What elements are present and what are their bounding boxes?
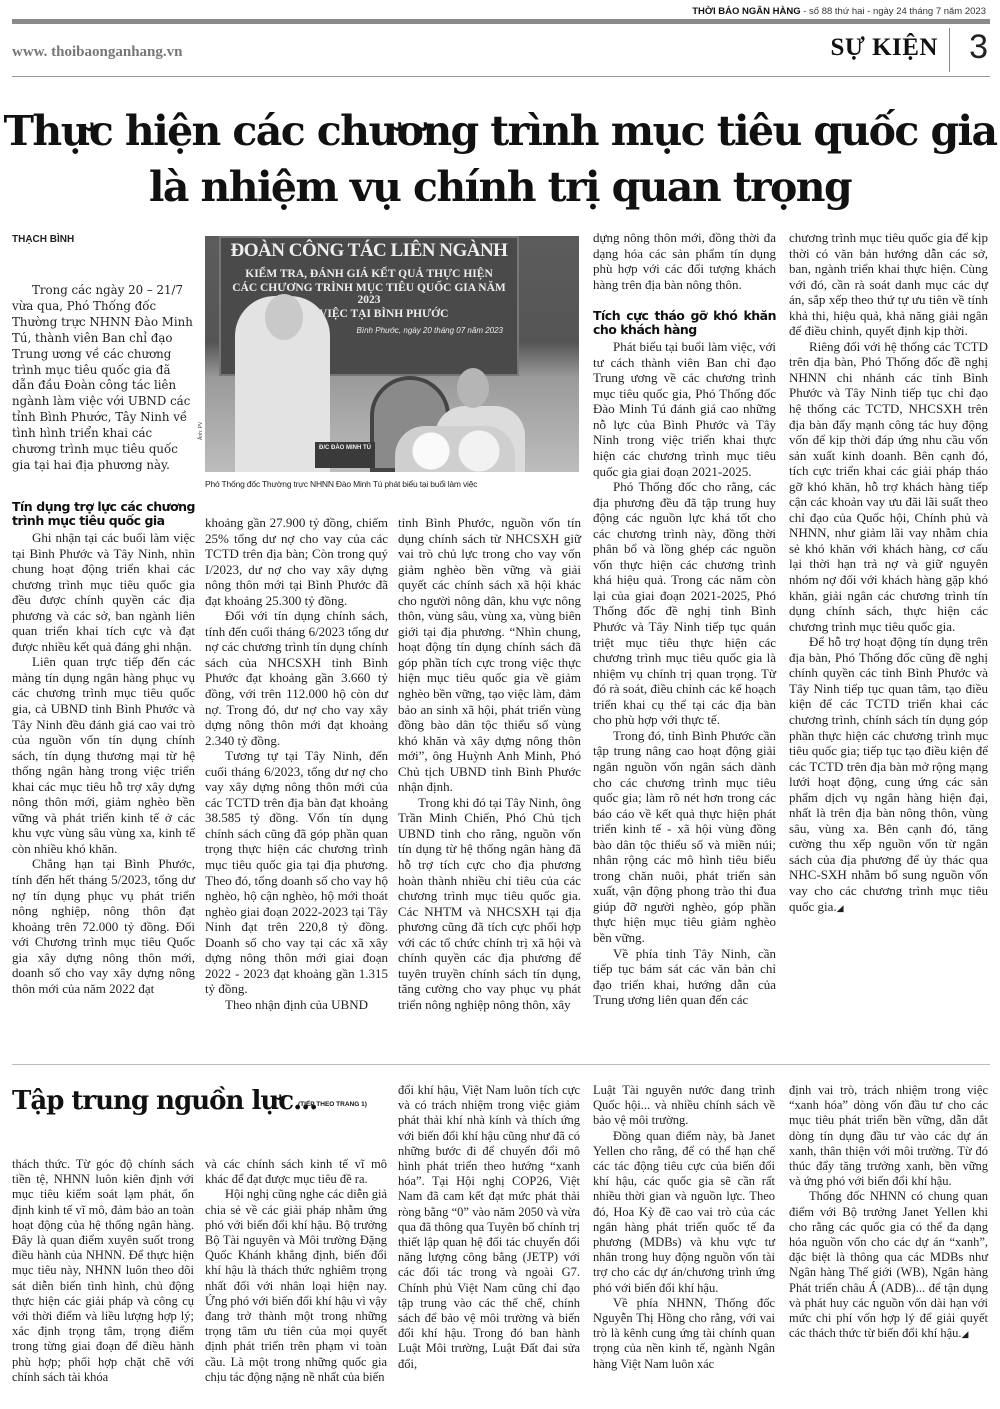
photo-caption: Phó Thống đốc Thường trực NHNN Đào Minh …: [205, 479, 585, 489]
paragraph: Về phía tỉnh Tây Ninh, cần tiếp tục bám …: [593, 946, 776, 1008]
banner-line-1: ĐOÀN CÔNG TÁC LIÊN NGÀNH: [221, 240, 517, 262]
flower-arrangement: [395, 426, 515, 472]
article-column-4: dựng nông thôn mới, đồng thời đa dạng hó…: [593, 230, 776, 1008]
paragraph: Hội nghị cũng nghe các diễn giả chia sẻ …: [205, 1187, 387, 1385]
paragraph: thách thức. Từ góc độ chính sách tiền tệ…: [12, 1157, 194, 1385]
continued-column-3: đổi khí hậu, Việt Nam luôn tích cực và c…: [398, 1083, 580, 1372]
article-column-3: tỉnh Bình Phước, nguồn vốn tín dụng chín…: [398, 515, 581, 1013]
paragraph: tỉnh Bình Phước, nguồn vốn tín dụng chín…: [398, 515, 581, 795]
article-photo: ĐOÀN CÔNG TÁC LIÊN NGÀNH KIỂM TRA, ĐÁNH …: [205, 236, 579, 472]
headline-line-2: là nhiệm vụ chính trị quan trọng: [0, 159, 1000, 215]
article-column-1: Tín dụng trợ lực các chương trình mục ti…: [12, 500, 195, 996]
article-column-2: khoảng gần 27.900 tỷ đồng, chiếm 25% tổn…: [205, 515, 388, 1013]
paragraph: Chẳng hạn tại Bình Phước, tính đến hết t…: [12, 856, 195, 996]
paragraph: khoảng gần 27.900 tỷ đồng, chiếm 25% tổn…: [205, 515, 388, 608]
section-divider-rule: [12, 1064, 990, 1065]
paragraph: Tương tự tại Tây Ninh, đến cuối tháng 6/…: [205, 748, 388, 997]
continued-column-2: và các chính sách kinh tế vĩ mô khác để …: [205, 1157, 387, 1385]
issue-info: - số 88 thứ hai - ngày 24 tháng 7 năm 20…: [801, 6, 986, 17]
continued-from-label: (TIẾP THEO TRANG 1): [298, 1101, 367, 1108]
masthead-issue-line: THỜI BÁO NGÂN HÀNG - số 88 thứ hai - ngà…: [692, 6, 986, 17]
paragraph: chương trình mục tiêu quốc gia để kịp th…: [789, 230, 988, 339]
paragraph: Luật Tài nguyên nước đang trình Quốc hội…: [593, 1083, 775, 1129]
website-url: www. thoibaonganhang.vn: [12, 44, 182, 61]
header-rule: [12, 76, 990, 77]
paragraph: Phát biểu tại buổi làm việc, với tư cách…: [593, 339, 776, 479]
section-divider: [949, 28, 950, 72]
article-headline: Thực hiện các chương trình mục tiêu quốc…: [0, 103, 1000, 215]
continued-headline: Tập trung nguồn lực...: [12, 1086, 317, 1116]
paragraph-text: Thống đốc NHNN có chung quan điểm với Bộ…: [789, 1189, 988, 1340]
end-mark-icon: ◢: [962, 1329, 969, 1339]
paragraph: Trong đó, tỉnh Bình Phước cần tập trung …: [593, 728, 776, 946]
continued-column-5: định vai trò, trách nhiệm trong việc “xa…: [789, 1083, 988, 1342]
photo-credit: Ảnh: PV: [198, 422, 204, 440]
section-title: SỰ KIỆN: [831, 34, 938, 62]
paragraph: Về phía NHNN, Thống đốc Nguyễn Thị Hồng …: [593, 1296, 775, 1372]
paragraph: định vai trò, trách nhiệm trong việc “xa…: [789, 1083, 988, 1189]
end-mark-icon: ◢: [837, 903, 844, 913]
publication-name: THỜI BÁO NGÂN HÀNG: [692, 6, 800, 17]
subheading-1: Tín dụng trợ lực các chương trình mục ti…: [12, 500, 195, 527]
paragraph: Đồng quan điểm này, bà Janet Yellen cho …: [593, 1129, 775, 1296]
seated-head: [457, 368, 489, 408]
speaker-head: [265, 294, 303, 340]
paragraph: Thống đốc NHNN có chung quan điểm với Bộ…: [789, 1189, 988, 1342]
continued-column-4: Luật Tài nguyên nước đang trình Quốc hội…: [593, 1083, 775, 1372]
paragraph: Trong khi đó tại Tây Ninh, ông Trần Minh…: [398, 795, 581, 1013]
paragraph: Để hỗ trợ hoạt động tín dụng trên địa bà…: [789, 634, 988, 916]
continued-column-1: thách thức. Từ góc độ chính sách tiền tệ…: [12, 1157, 194, 1385]
nameplate: Đ/C ĐÀO MINH TÚ: [315, 442, 375, 468]
paragraph: dựng nông thôn mới, đồng thời đa dạng hó…: [593, 230, 776, 292]
page-number: 3: [969, 28, 988, 67]
paragraph: Ghi nhận tại các buổi làm việc tại Bình …: [12, 530, 195, 654]
lead-paragraph: Trong các ngày 20 – 21/7 vừa qua, Phó Th…: [12, 283, 195, 474]
paragraph: và các chính sách kinh tế vĩ mô khác để …: [205, 1157, 387, 1187]
paragraph: đổi khí hậu, Việt Nam luôn tích cực và c…: [398, 1083, 580, 1372]
article-column-5: chương trình mục tiêu quốc gia để kịp th…: [789, 230, 988, 916]
banner-line-2: KIỂM TRA, ĐÁNH GIÁ KẾT QUẢ THỰC HIỆN: [221, 268, 517, 280]
paragraph-text: Để hỗ trợ hoạt động tín dụng trên địa bà…: [789, 634, 988, 913]
paragraph: Theo nhận định của UBND: [205, 997, 388, 1013]
paragraph: Phó Thống đốc cho rằng, các địa phương đ…: [593, 479, 776, 728]
headline-line-1: Thực hiện các chương trình mục tiêu quốc…: [0, 103, 1000, 159]
article-lead: Trong các ngày 20 – 21/7 vừa qua, Phó Th…: [12, 283, 195, 474]
paragraph: Liên quan trực tiếp đến các mảng tín dụn…: [12, 654, 195, 856]
byline: THẠCH BÌNH: [12, 234, 74, 245]
top-bar-divider: [12, 19, 990, 24]
subheading-2: Tích cực tháo gỡ khó khăn cho khách hàng: [593, 309, 776, 336]
paragraph: Đối với tín dụng chính sách, tính đến cu…: [205, 608, 388, 748]
paragraph: Riêng đối với hệ thống các TCTD trên địa…: [789, 339, 988, 634]
